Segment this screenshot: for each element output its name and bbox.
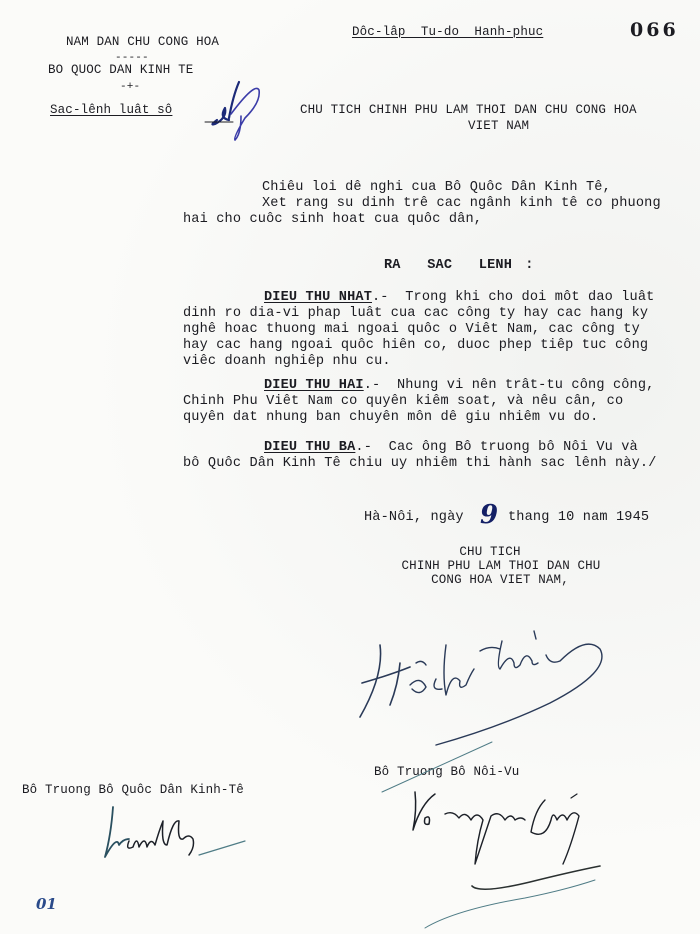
preamble-line: Xet rang su dinh trê cac ngânh kinh tê c… bbox=[262, 196, 661, 212]
article-1-line: dinh ro dia-vi phap luât cua cac công ty… bbox=[183, 306, 648, 322]
article-3-title: DIEU THU BA bbox=[264, 440, 355, 455]
decree-heading: RA SAC LENH : bbox=[384, 258, 534, 274]
signatory-title: CONG HOA VIET NAM, bbox=[400, 572, 600, 588]
article-3-line: bô Quôc Dân Kinh Tê chiu uy nhiêm thi hà… bbox=[183, 456, 657, 472]
header-ministry: BO QUOC DAN KINH TE bbox=[48, 62, 193, 78]
signature-ho-chi-minh bbox=[350, 605, 650, 745]
decree-label: Sac-lênh luât sô bbox=[50, 102, 172, 118]
issuer-title: CHU TICH CHINH PHU LAM THOI DAN CHU CONG… bbox=[300, 102, 637, 118]
article-2-first-line: DIEU THU HAI.- Nhung vi nên trât-tu công… bbox=[264, 378, 654, 394]
article-1-line: hay cac hang ngoai quôc hiên co, duoc ph… bbox=[183, 338, 648, 354]
decree-number-handwritten bbox=[205, 78, 275, 148]
margin-note: 01 bbox=[36, 895, 57, 913]
preamble-line: hai cho cuôc sinh hoat cua quôc dân, bbox=[183, 212, 482, 228]
issuer-country: VIET NAM bbox=[468, 118, 529, 134]
article-3-first-line: DIEU THU BA.- Cac ông Bô truong bô Nôi V… bbox=[264, 440, 638, 456]
date-suffix: thang 10 nam 1945 bbox=[508, 510, 649, 526]
article-2-line: Chinh Phu Viêt Nam co quyên kiêm soat, v… bbox=[183, 394, 623, 410]
article-2-suffix: .- bbox=[364, 378, 381, 393]
article-1-suffix: .- bbox=[372, 290, 389, 305]
header-separator: -+- bbox=[120, 79, 140, 95]
article-3-suffix: .- bbox=[355, 440, 372, 455]
pencil-stroke bbox=[380, 740, 500, 800]
article-1-title: DIEU THU NHAT bbox=[264, 290, 372, 305]
underline-flourish bbox=[470, 860, 610, 900]
preamble-line: Chiêu loi dê nghi cua Bô Quôc Dân Kinh T… bbox=[262, 180, 611, 196]
signatory-left-title: Bô Truong Bô Quôc Dân Kinh-Tê bbox=[22, 782, 244, 798]
page-number: 066 bbox=[630, 22, 679, 38]
national-motto: Dôc-lâp Tu-do Hanh-phuc bbox=[352, 24, 543, 40]
document-page: NAM DAN CHU CONG HOA ----- BO QUOC DAN K… bbox=[0, 0, 700, 934]
article-2-line: quyên dat nhung ban chuyên môn dê giu nh… bbox=[183, 410, 598, 426]
date-prefix: Hà-Nôi, ngày bbox=[364, 510, 464, 526]
article-2-line: Nhung vi nên trât-tu công công, bbox=[380, 378, 654, 393]
article-3-line: Cac ông Bô truong bô Nôi Vu và bbox=[372, 440, 638, 455]
header-country: NAM DAN CHU CONG HOA bbox=[66, 34, 219, 50]
article-1-line: nghê hoac thuong mai ngoai quôc o Viêt N… bbox=[183, 322, 640, 338]
article-2-title: DIEU THU HAI bbox=[264, 378, 364, 393]
article-1-line: viêc doanh nghiêp nhu cu. bbox=[183, 354, 391, 370]
article-1-line: Trong khi cho doi môt dao luât bbox=[389, 290, 655, 305]
article-1-first-line: DIEU THU NHAT.- Trong khi cho doi môt da… bbox=[264, 290, 654, 306]
date-day-handwritten: 9 bbox=[480, 500, 498, 530]
signature-nguyen-manh-ha bbox=[95, 805, 255, 885]
